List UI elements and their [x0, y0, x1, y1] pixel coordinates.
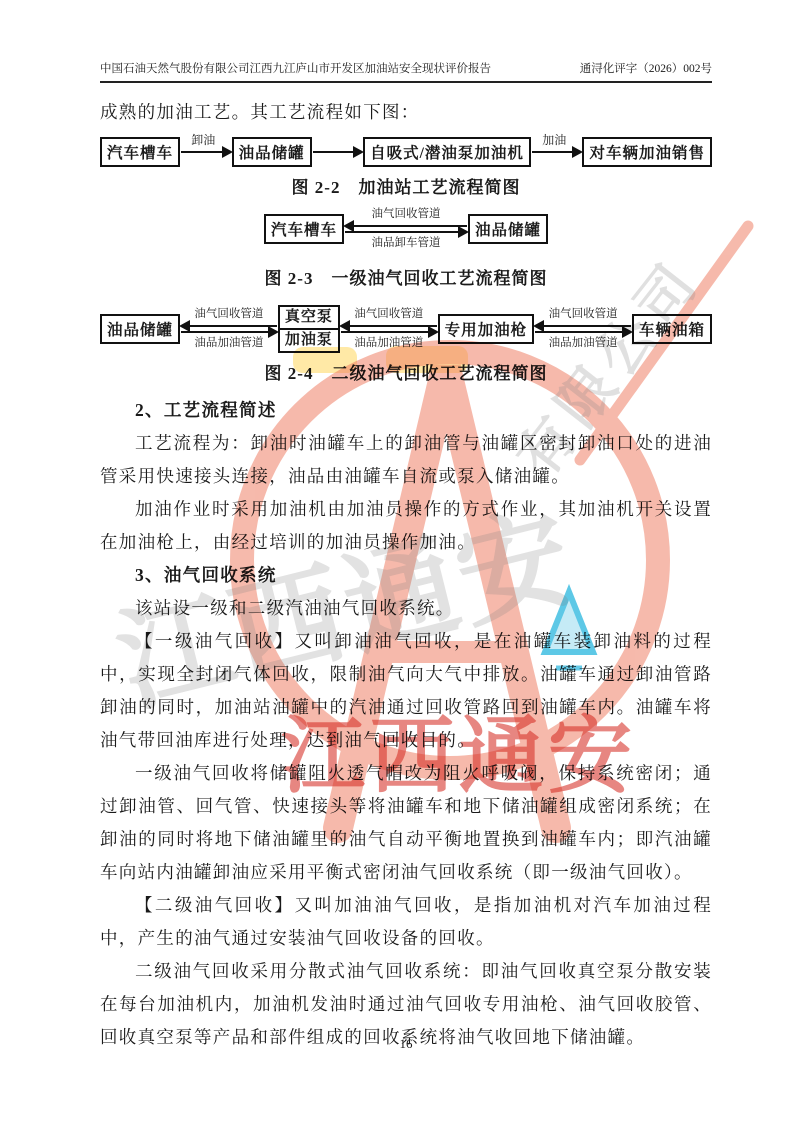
- arrow-left-icon: [535, 325, 631, 327]
- pipe-label-vapor-recovery: 油气回收管道: [181, 308, 277, 321]
- double-arrow-icon: 油气回收管道 油品卸车管道: [345, 208, 467, 250]
- header-report-title: 中国石油天然气股份有限公司江西九江庐山市开发区加油站安全现状评价报告: [100, 60, 491, 76]
- arrow-right-icon: [341, 331, 437, 333]
- report-page: 中国石油天然气股份有限公司江西九江庐山市开发区加油站安全现状评价报告 通浔化评字…: [0, 0, 793, 1122]
- pipe-label-fueling: 油品加油管道: [535, 337, 631, 350]
- arrow-label-refuel: 加油: [542, 131, 566, 148]
- fig-2-4-caption: 图 2-4 二级油气回收工艺流程简图: [100, 359, 712, 384]
- flow-box-dispenser: 自吸式/潜油泵加油机: [363, 137, 531, 167]
- pipe-label-fueling: 油品加油管道: [341, 337, 437, 350]
- flow-box-sales: 对车辆加油销售: [582, 137, 712, 167]
- paragraph-recovery-overview: 该站设一级和二级汽油油气回收系统。: [100, 592, 712, 625]
- arrow-left-icon: [341, 325, 437, 327]
- header-doc-number: 通浔化评字（2026）002号: [580, 60, 712, 76]
- arrow-left-icon: [345, 225, 467, 227]
- pipe-label-fueling: 油品加油管道: [181, 337, 277, 350]
- paragraph-process-2: 加油作业时采用加油机由加油员操作的方式作业，其加油机开关设置在加油枪上，由经过培…: [100, 493, 712, 559]
- fig-2-2-flowchart: 汽车槽车 卸油 油品储罐 自吸式/潜油泵加油机 加油 对车辆加油销售: [100, 137, 712, 167]
- flow-box-fuel-pump: 加油泵: [280, 330, 338, 351]
- pipe-label-vapor-recovery: 油气回收管道: [341, 308, 437, 321]
- double-arrow-icon: 油气回收管道 油品加油管道: [535, 308, 631, 350]
- page-header: 中国石油天然气股份有限公司江西九江庐山市开发区加油站安全现状评价报告 通浔化评字…: [100, 60, 712, 83]
- flow-box-vacuum-pump: 真空泵: [280, 307, 338, 330]
- double-arrow-icon: 油气回收管道 油品加油管道: [181, 308, 277, 350]
- page-content: 成熟的加油工艺。其工艺流程如下图： 汽车槽车 卸油 油品储罐 自吸式/潜油泵加油…: [100, 96, 712, 1054]
- fig-2-2-caption: 图 2-2 加油站工艺流程简图: [100, 173, 712, 198]
- paragraph-stage2-definition: 【二级油气回收】又叫加油油气回收，是指加油机对汽车加油过程中，产生的油气通过安装…: [100, 889, 712, 955]
- fig-2-4-flowchart: 油品储罐 油气回收管道 油品加油管道 真空泵 加油泵 油气回收管道 油品加油管道…: [100, 305, 712, 353]
- pipe-label-unloading: 油品卸车管道: [345, 237, 467, 250]
- paragraph-process-1: 工艺流程为：卸油时油罐车上的卸油管与油罐区密封卸油口处的进油管采用快速接头连接，…: [100, 427, 712, 493]
- fig-2-3-caption: 图 2-3 一级油气回收工艺流程简图: [100, 264, 712, 289]
- arrow-left-icon: [181, 325, 277, 327]
- double-arrow-icon: 油气回收管道 油品加油管道: [341, 308, 437, 350]
- arrow-right-icon: [345, 231, 467, 233]
- section-heading-vapor-recovery: 3、油气回收系统: [100, 559, 712, 592]
- paragraph-stage1-detail: 一级油气回收将储罐阻火透气帽改为阻火呼吸阀，保持系统密闭；通过卸油管、回气管、快…: [100, 757, 712, 889]
- section-heading-process: 2、工艺流程简述: [100, 394, 712, 427]
- flow-box-nozzle: 专用加油枪: [438, 314, 535, 344]
- arrow-label-unload: 卸油: [191, 131, 215, 148]
- arrow-right-icon: [181, 331, 277, 333]
- fig-2-3-flowchart: 汽车槽车 油气回收管道 油品卸车管道 油品储罐: [100, 208, 712, 250]
- intro-paragraph: 成熟的加油工艺。其工艺流程如下图：: [100, 96, 712, 129]
- flow-box-storage-tank: 油品储罐: [468, 214, 548, 244]
- pipe-label-vapor-recovery: 油气回收管道: [345, 208, 467, 221]
- flow-box-tank-truck: 汽车槽车: [100, 137, 180, 167]
- flow-box-vehicle-tank: 车辆油箱: [632, 314, 712, 344]
- pipe-label-vapor-recovery: 油气回收管道: [535, 308, 631, 321]
- arrow-right-icon: 卸油: [181, 151, 231, 153]
- arrow-right-icon: [313, 151, 363, 153]
- page-number: 16: [100, 1036, 712, 1052]
- flow-box-pumps: 真空泵 加油泵: [278, 305, 340, 353]
- arrow-right-icon: 加油: [532, 151, 582, 153]
- paragraph-stage1-definition: 【一级油气回收】又叫卸油油气回收，是在油罐车装卸油料的过程中，实现全封闭气体回收…: [100, 625, 712, 757]
- flow-box-tank-truck: 汽车槽车: [264, 214, 344, 244]
- flow-box-storage-tank: 油品储罐: [232, 137, 312, 167]
- arrow-right-icon: [535, 331, 631, 333]
- flow-box-storage-tank: 油品储罐: [100, 314, 180, 344]
